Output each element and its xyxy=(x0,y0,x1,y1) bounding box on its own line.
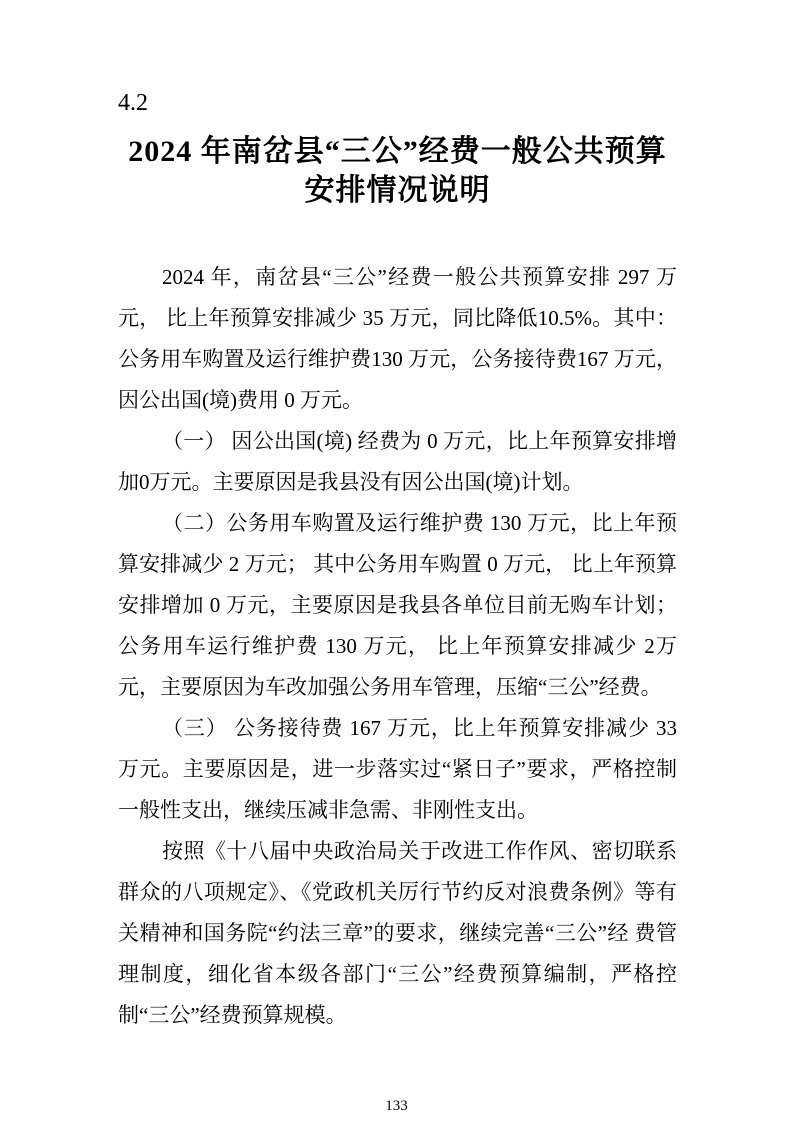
paragraph-summary: 2024 年，南岔县“三公”经费一般公共预算安排 297 万元， 比上年预算安排… xyxy=(118,257,677,421)
document-body: 2024 年，南岔县“三公”经费一般公共预算安排 297 万元， 比上年预算安排… xyxy=(118,257,677,1036)
paragraph-item-2-vehicle-expense: （二）公务用车购置及运行维护费 130 万元，比上年预算安排减少 2 万元； 其… xyxy=(118,503,677,708)
paragraph-item-3-reception-expense: （三） 公务接待费 167 万元，比上年预算安排减少 33 万元。主要原因是，进… xyxy=(118,708,677,831)
document-page: 4.2 2024 年南岔县“三公”经费一般公共预算 安排情况说明 2024 年，… xyxy=(0,0,793,1122)
document-title-line-1: 2024 年南岔县“三公”经费一般公共预算 xyxy=(118,132,677,171)
paragraph-item-1-abroad-expense: （一） 因公出国(境) 经费为 0 万元，比上年预算安排增加0万元。主要原因是我… xyxy=(118,421,677,503)
document-title-line-2: 安排情况说明 xyxy=(118,171,677,210)
document-content: 4.2 2024 年南岔县“三公”经费一般公共预算 安排情况说明 2024 年，… xyxy=(118,90,677,1036)
section-number: 4.2 xyxy=(118,90,677,116)
document-title: 2024 年南岔县“三公”经费一般公共预算 安排情况说明 xyxy=(118,132,677,210)
paragraph-policy-basis: 按照《十八届中央政治局关于改进工作作风、密切联系 群众的八项规定》、《党政机关厉… xyxy=(118,831,677,1036)
page-number: 133 xyxy=(0,1098,793,1114)
